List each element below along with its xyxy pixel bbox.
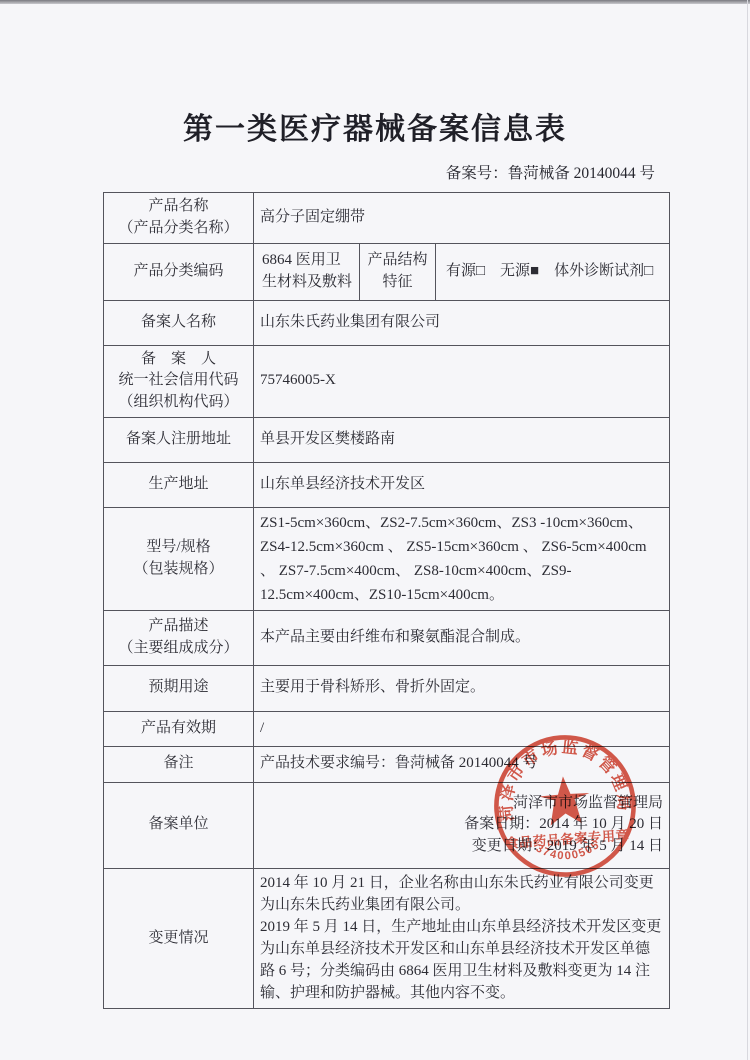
value-credit-code: 75746005-X bbox=[254, 345, 670, 417]
filing-authority-name: 菏泽市市场监督管理局 bbox=[260, 793, 663, 815]
row-filing-authority: 备案单位 菏泽市市场监督管理局 备案日期：2014 年 10 月 20 日 变更… bbox=[104, 782, 670, 868]
label-remarks: 备注 bbox=[104, 746, 254, 782]
label-changes: 变更情况 bbox=[104, 868, 254, 1009]
label-class-code: 产品分类编码 bbox=[104, 243, 254, 300]
value-filing-authority: 菏泽市市场监督管理局 备案日期：2014 年 10 月 20 日 变更日期：20… bbox=[254, 782, 670, 868]
value-description: 本产品主要由纤维布和聚氨酯混合制成。 bbox=[254, 610, 670, 665]
row-validity: 产品有效期 / bbox=[104, 711, 670, 746]
label-intended-use: 预期用途 bbox=[104, 665, 254, 711]
label-registered-address: 备案人注册地址 bbox=[104, 417, 254, 462]
value-remarks: 产品技术要求编号：鲁菏械备 20140044 号 bbox=[254, 746, 670, 782]
row-product-name: 产品名称 （产品分类名称） 高分子固定绷带 bbox=[104, 193, 670, 244]
row-class-code: 产品分类编码 6864 医用卫生材料及敷料 产品结构特征 有源□ 无源■ 体外诊… bbox=[104, 243, 670, 300]
value-changes: 2014 年 10 月 21 日，企业名称由山东朱氏药业有限公司变更为山东朱氏药… bbox=[254, 868, 670, 1009]
value-intended-use: 主要用于骨科矫形、骨折外固定。 bbox=[254, 665, 670, 711]
value-structure-feature: 有源□ 无源■ 体外诊断试剂□ bbox=[436, 243, 670, 300]
label-product-name: 产品名称 （产品分类名称） bbox=[104, 193, 254, 244]
label-structure-feature: 产品结构特征 bbox=[360, 243, 436, 300]
row-credit-code: 备 案 人 统一社会信用代码 （组织机构代码） 75746005-X bbox=[104, 345, 670, 417]
changes-paragraph-1: 2014 年 10 月 21 日，企业名称由山东朱氏药业有限公司变更为山东朱氏药… bbox=[260, 873, 663, 917]
value-production-address: 山东单县经济技术开发区 bbox=[254, 462, 670, 507]
value-validity: / bbox=[254, 711, 670, 746]
record-number: 备案号：鲁菏械备 20140044 号 bbox=[0, 161, 655, 183]
info-table: 产品名称 （产品分类名称） 高分子固定绷带 产品分类编码 6864 医用卫生材料… bbox=[103, 192, 670, 1009]
row-remarks: 备注 产品技术要求编号：鲁菏械备 20140044 号 bbox=[104, 746, 670, 782]
row-changes: 变更情况 2014 年 10 月 21 日，企业名称由山东朱氏药业有限公司变更为… bbox=[104, 868, 670, 1009]
label-filing-authority: 备案单位 bbox=[104, 782, 254, 868]
row-description: 产品描述 （主要组成成分） 本产品主要由纤维布和聚氨酯混合制成。 bbox=[104, 610, 670, 665]
filing-record-date: 备案日期：2014 年 10 月 20 日 bbox=[260, 814, 663, 836]
row-registrant-name: 备案人名称 山东朱氏药业集团有限公司 bbox=[104, 300, 670, 345]
value-class-code: 6864 医用卫生材料及敷料 bbox=[254, 243, 360, 300]
value-product-name: 高分子固定绷带 bbox=[254, 193, 670, 244]
value-registered-address: 单县开发区樊楼路南 bbox=[254, 417, 670, 462]
value-model-spec: ZS1-5cm×360cm、ZS2-7.5cm×360cm、ZS3 -10cm×… bbox=[254, 507, 670, 610]
label-registrant-name: 备案人名称 bbox=[104, 300, 254, 345]
changes-paragraph-2: 2019 年 5 月 14 日，生产地址由山东单县经济技术开发区变更为山东单县经… bbox=[260, 917, 663, 1004]
row-model-spec: 型号/规格 （包装规格） ZS1-5cm×360cm、ZS2-7.5cm×360… bbox=[104, 507, 670, 610]
label-model-spec: 型号/规格 （包装规格） bbox=[104, 507, 254, 610]
filing-change-date: 变更日期：2019 年 5 月 14 日 bbox=[260, 836, 663, 858]
label-production-address: 生产地址 bbox=[104, 462, 254, 507]
value-registrant-name: 山东朱氏药业集团有限公司 bbox=[254, 300, 670, 345]
label-credit-code: 备 案 人 统一社会信用代码 （组织机构代码） bbox=[104, 345, 254, 417]
label-validity: 产品有效期 bbox=[104, 711, 254, 746]
page-title: 第一类医疗器械备案信息表 bbox=[0, 104, 750, 148]
row-registered-address: 备案人注册地址 单县开发区樊楼路南 bbox=[104, 417, 670, 462]
row-intended-use: 预期用途 主要用于骨科矫形、骨折外固定。 bbox=[104, 665, 670, 711]
scanned-document-page: 第一类医疗器械备案信息表 备案号：鲁菏械备 20140044 号 产品名称 （产… bbox=[0, 0, 750, 1060]
row-production-address: 生产地址 山东单县经济技术开发区 bbox=[104, 462, 670, 507]
label-description: 产品描述 （主要组成成分） bbox=[104, 610, 254, 665]
